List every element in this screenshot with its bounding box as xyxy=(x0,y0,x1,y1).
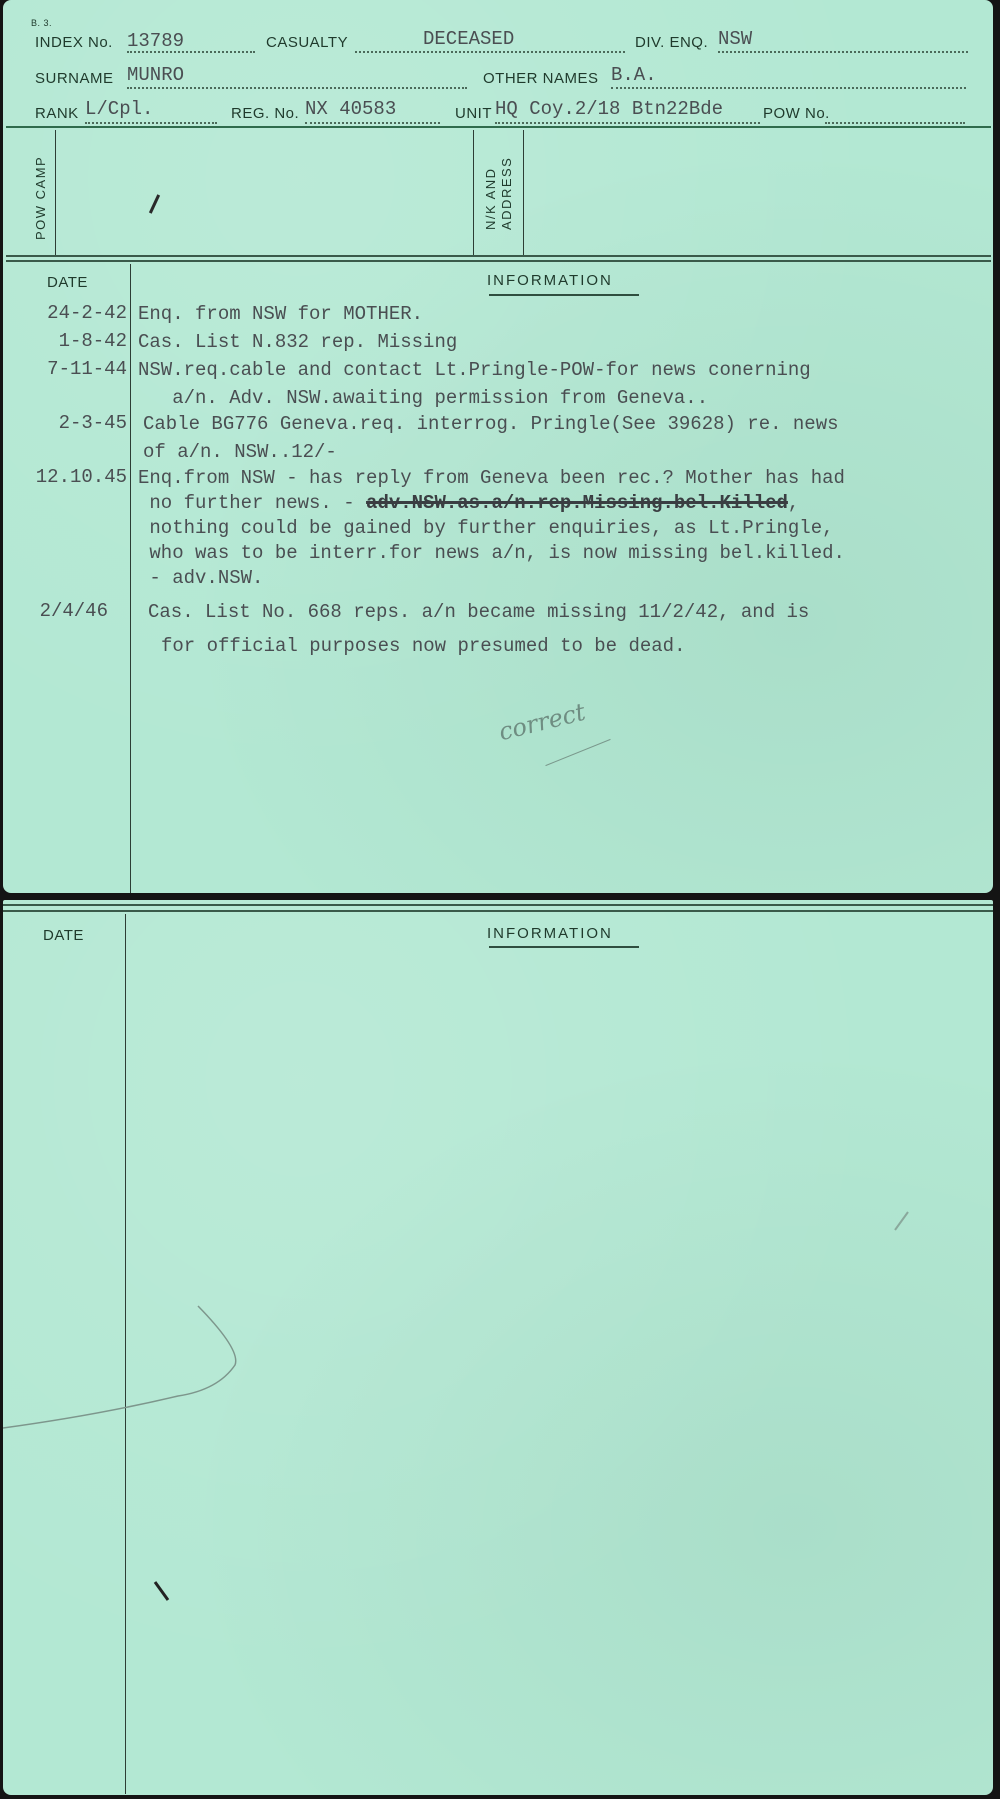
index-no-value: 13789 xyxy=(127,30,184,52)
rank-value: L/Cpl. xyxy=(85,98,153,120)
nk-label-line1: N/K AND xyxy=(483,167,498,230)
entry-text: Cable BG776 Geneva.req. interrog. Pringl… xyxy=(143,412,993,437)
div-enq-label: DIV. ENQ. xyxy=(635,34,708,51)
other-names-dotted-line xyxy=(611,87,966,89)
pow-no-label: POW No. xyxy=(763,105,830,122)
unit-dotted-line xyxy=(495,122,760,124)
entry-text: of a/n. NSW..12/- xyxy=(143,440,993,465)
casualty-value: DECEASED xyxy=(423,28,514,50)
information-column-header: INFORMATION xyxy=(487,272,613,289)
reg-no-dotted-line xyxy=(305,122,440,124)
rank-label: RANK xyxy=(35,105,79,122)
entry-date: 1-8-42 xyxy=(3,330,127,352)
rank-dotted-line xyxy=(85,122,217,124)
entry-text: nothing could be gained by further enqui… xyxy=(138,516,988,541)
surname-dotted-line xyxy=(127,87,467,89)
handwritten-note: correct xyxy=(496,698,588,746)
entry-text: Enq.from NSW - has reply from Geneva bee… xyxy=(138,466,988,491)
entry-text-segment: no further news. - xyxy=(138,492,366,514)
casualty-dotted-line xyxy=(355,51,625,53)
entry-date: 7-11-44 xyxy=(3,358,127,380)
entry-text: Cas. List N.832 rep. Missing xyxy=(138,330,988,355)
reg-no-label: REG. No. xyxy=(231,105,299,122)
surname-label: SURNAME xyxy=(35,70,114,87)
unit-label: UNIT xyxy=(455,105,492,122)
entry-date: 12.10.45 xyxy=(3,466,127,488)
pow-camp-label: POW CAMP xyxy=(33,156,48,240)
index-no-dotted-line xyxy=(127,51,255,53)
entry-text: - adv.NSW. xyxy=(138,566,988,591)
entry-text-segment: , xyxy=(788,492,799,514)
nk-left-divider xyxy=(473,130,474,255)
reg-no-value: NX 40583 xyxy=(305,98,396,120)
pow-camp-divider xyxy=(55,130,56,255)
entry-text: NSW.req.cable and contact Lt.Pringle-POW… xyxy=(138,358,988,383)
other-names-value: B.A. xyxy=(611,64,657,86)
entry-date: 2/4/46 xyxy=(3,600,108,622)
nk-right-divider xyxy=(523,130,524,255)
ink-mark xyxy=(149,194,160,213)
form-code: B. 3. xyxy=(31,18,52,28)
handwritten-underline xyxy=(545,739,610,766)
entry-text: Enq. from NSW for MOTHER. xyxy=(138,302,988,327)
casualty-label: CASUALTY xyxy=(266,34,348,51)
double-divider-bottom xyxy=(6,260,991,262)
div-enq-value: NSW xyxy=(718,28,752,50)
header-divider xyxy=(6,126,991,128)
pow-no-dotted-line xyxy=(825,122,965,124)
surname-value: MUNRO xyxy=(127,64,184,86)
struck-out-text: adv.NSW.as.a/n.rep.Missing.bel.Killed xyxy=(366,492,788,514)
record-card-back: DATE INFORMATION xyxy=(3,900,993,1795)
unit-value: HQ Coy.2/18 Btn22Bde xyxy=(495,98,723,120)
div-enq-dotted-line xyxy=(718,51,968,53)
pencil-marks xyxy=(3,900,993,1795)
other-names-label: OTHER NAMES xyxy=(483,70,599,87)
entry-text-line: no further news. - adv.NSW.as.a/n.rep.Mi… xyxy=(138,491,988,516)
date-column-header: DATE xyxy=(47,274,88,291)
date-column-divider xyxy=(130,264,131,893)
entry-text: a/n. Adv. NSW.awaiting permission from G… xyxy=(138,386,988,411)
entry-date: 24-2-42 xyxy=(3,302,127,324)
double-divider-top xyxy=(6,255,991,257)
entry-text: who was to be interr.for news a/n, is no… xyxy=(138,541,988,566)
index-no-label: INDEX No. xyxy=(35,34,113,51)
information-header-underline xyxy=(489,294,639,296)
entry-date: 2-3-45 xyxy=(3,412,127,434)
entry-text: Cas. List No. 668 reps. a/n became missi… xyxy=(148,600,998,625)
entry-text: for official purposes now presumed to be… xyxy=(161,634,1000,659)
nk-label-line2: ADDRESS xyxy=(499,157,514,230)
record-card-front: B. 3. INDEX No. 13789 CASUALTY DECEASED … xyxy=(3,0,993,893)
